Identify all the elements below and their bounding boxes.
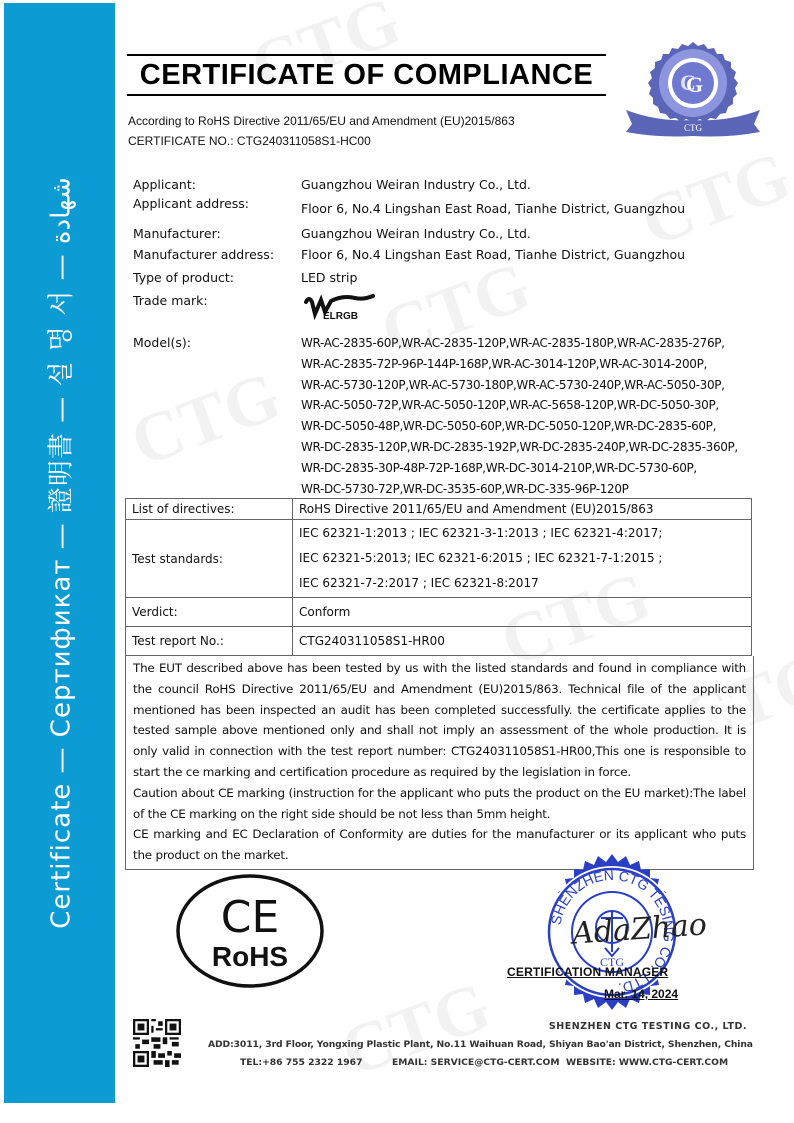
- trade-mark-label: Trade mark:: [133, 293, 208, 308]
- directive-line: According to RoHS Directive 2011/65/EU a…: [128, 114, 515, 128]
- footer-email[interactable]: EMAIL: SERVICE@CTG-CERT.COM: [392, 1057, 559, 1068]
- watermark: CTG: [121, 356, 291, 483]
- directives-label: List of directives:: [126, 499, 293, 520]
- verdict-label: Verdict:: [126, 598, 293, 627]
- footer-company-name: SHENZHEN CTG TESTING CO., LTD.: [549, 1021, 747, 1032]
- manufacturer-address-label: Manufacturer address:: [133, 247, 274, 262]
- applicant-value: Guangzhou Weiran Industry Co., Ltd.: [301, 177, 531, 192]
- report-no-label: Test report No.:: [126, 627, 293, 656]
- model-line: WR-DC-2835-30P-48P-72P-168P,WR-DC-3014-2…: [301, 458, 738, 479]
- svg-text:CTG: CTG: [684, 123, 703, 133]
- standard-line: IEC 62321-7-2:2017 ; IEC 62321-8:2017: [299, 571, 745, 596]
- standards-value: IEC 62321-1:2013 ; IEC 62321-3-1:2013 ; …: [293, 520, 752, 598]
- applicant-label: Applicant:: [133, 177, 196, 192]
- ce-rohs-mark-icon: CE RoHS: [174, 872, 326, 990]
- model-line: WR-DC-2835-120P,WR-DC-2835-192P,WR-DC-28…: [301, 437, 738, 458]
- manufacturer-label: Manufacturer:: [133, 226, 221, 241]
- applicant-address-label: Applicant address:: [133, 196, 249, 211]
- certificate-date: Mar. 14, 2024: [604, 987, 678, 1001]
- standard-line: IEC 62321-1:2013 ; IEC 62321-3-1:2013 ; …: [299, 521, 745, 546]
- models-label: Model(s):: [133, 335, 191, 350]
- trade-mark-logo: ELRGB: [303, 292, 383, 322]
- sidebar-band: Certificate — Сертификат — 證明書 — 설 명 서 —…: [4, 3, 115, 1103]
- svg-text:ELRGB: ELRGB: [323, 311, 358, 322]
- model-line: WR-DC-5730-72P,WR-DC-3535-60P,WR-DC-335-…: [301, 479, 738, 500]
- model-line: WR-AC-5050-72P,WR-AC-5050-120P,WR-AC-565…: [301, 395, 738, 416]
- manufacturer-value: Guangzhou Weiran Industry Co., Ltd.: [301, 226, 531, 241]
- footer-tel: TEL:+86 755 2322 1967: [240, 1057, 362, 1068]
- certificate-info-table: List of directives: RoHS Directive 2011/…: [125, 498, 752, 656]
- description-paragraph: The EUT described above has been tested …: [133, 658, 746, 783]
- applicant-address-value: Floor 6, No.4 Lingshan East Road, Tianhe…: [301, 201, 685, 216]
- table-row: Test report No.: CTG240311058S1-HR00: [126, 627, 752, 656]
- certificate-number: CERTIFICATE NO.: CTG240311058S1-HC00: [128, 134, 371, 148]
- compliance-description: The EUT described above has been tested …: [125, 656, 754, 870]
- page-title: CERTIFICATE OF COMPLIANCE: [140, 59, 593, 91]
- title-block: CERTIFICATE OF COMPLIANCE: [127, 54, 606, 96]
- verdict-value: Conform: [293, 598, 752, 627]
- svg-text:CE: CE: [221, 892, 280, 943]
- model-line: WR-DC-5050-48P,WR-DC-5050-60P,WR-DC-5050…: [301, 416, 738, 437]
- report-no-value: CTG240311058S1-HR00: [293, 627, 752, 656]
- standards-label: Test standards:: [126, 520, 293, 598]
- manufacturer-address-value: Floor 6, No.4 Lingshan East Road, Tianhe…: [301, 247, 685, 262]
- product-type-value: LED strip: [301, 270, 357, 285]
- qr-code-icon[interactable]: [133, 1019, 181, 1067]
- model-line: WR-AC-5730-120P,WR-AC-5730-180P,WR-AC-57…: [301, 375, 738, 396]
- svg-text:RoHS: RoHS: [212, 941, 288, 972]
- product-type-label: Type of product:: [133, 270, 234, 285]
- table-row: Verdict: Conform: [126, 598, 752, 627]
- model-line: WR-AC-2835-60P,WR-AC-2835-120P,WR-AC-283…: [301, 333, 738, 354]
- ctg-certification-seal-icon: G C CTG: [618, 40, 768, 140]
- ce-caution-paragraph: Caution about CE marking (instruction fo…: [133, 783, 746, 825]
- table-row: List of directives: RoHS Directive 2011/…: [126, 499, 752, 520]
- sidebar-multilingual-title: Certificate — Сертификат — 證明書 — 설 명 서 —…: [41, 177, 78, 929]
- model-line: WR-AC-2835-72P-96P-144P-168P,WR-AC-3014-…: [301, 354, 738, 375]
- svg-text:C: C: [680, 70, 696, 95]
- certification-manager-title: CERTIFICATION MANAGER: [507, 965, 668, 979]
- footer-address: ADD:3011, 3rd Floor, Yongxing Plastic Pl…: [208, 1039, 753, 1050]
- watermark: CTG: [631, 136, 794, 263]
- table-row: Test standards: IEC 62321-1:2013 ; IEC 6…: [126, 520, 752, 598]
- models-list: WR-AC-2835-60P,WR-AC-2835-120P,WR-AC-283…: [301, 333, 738, 499]
- watermark: CTG: [331, 966, 501, 1093]
- footer-website[interactable]: WEBSITE: WWW.CTG-CERT.COM: [566, 1057, 728, 1068]
- directives-value: RoHS Directive 2011/65/EU and Amendment …: [293, 499, 752, 520]
- standard-line: IEC 62321-5:2013; IEC 62321-6:2015 ; IEC…: [299, 546, 745, 571]
